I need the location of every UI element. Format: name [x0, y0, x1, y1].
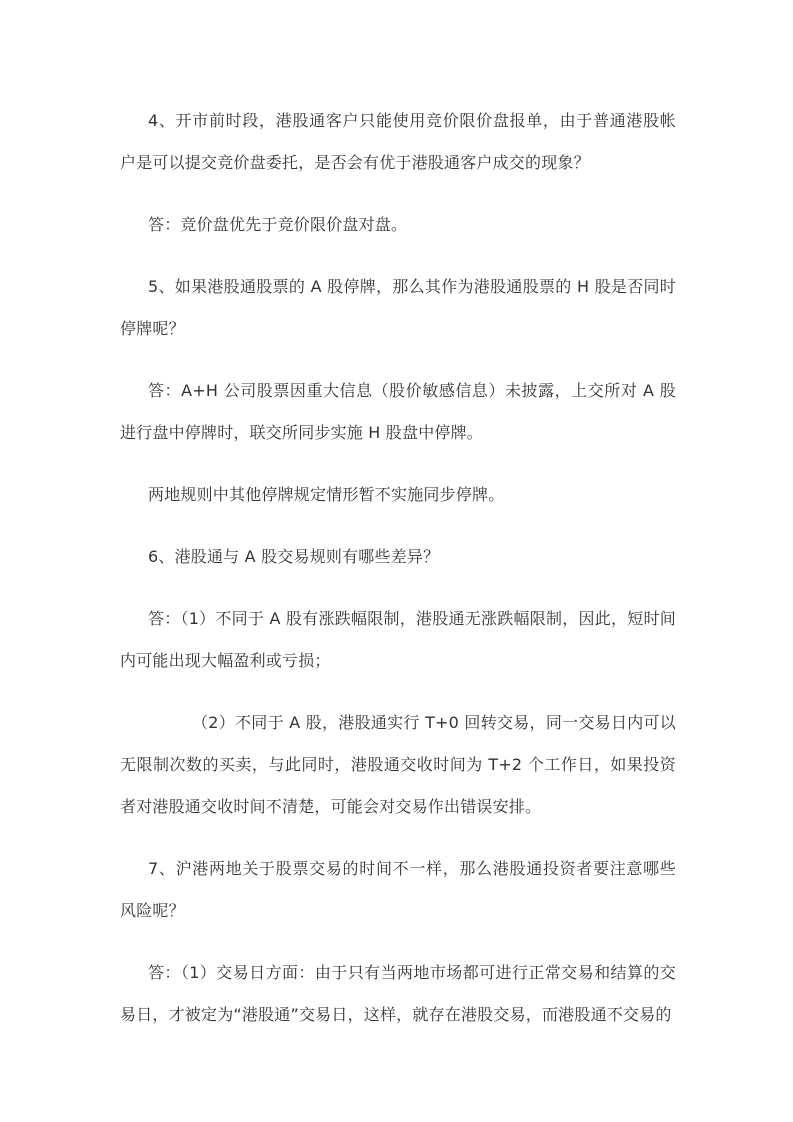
- answer-5: 答：A+H 公司股票因重大信息（股价敏感信息）未披露，上交所对 A 股进行盘中停…: [120, 370, 676, 454]
- answer-5-text: 答：A+H 公司股票因重大信息（股价敏感信息）未披露，上交所对 A 股进行盘中停…: [120, 381, 676, 442]
- answer-6-part-1: 答：（1）不同于 A 股有涨跌幅限制，港股通无涨跌幅限制，因此，短时间内可能出现…: [120, 598, 676, 682]
- answer-5-note-text: 两地规则中其他停牌规定情形暂不实施同步停牌。: [148, 485, 504, 504]
- answer-5-note: 两地规则中其他停牌规定情形暂不实施同步停牌。: [120, 474, 676, 516]
- question-4: 4、开市前时段，港股通客户只能使用竞价限价盘报单，由于普通港股帐户是可以提交竞价…: [120, 100, 676, 184]
- answer-4: 答：竞价盘优先于竞价限价盘对盘。: [120, 204, 676, 246]
- question-5-text: 5、如果港股通股票的 A 股停牌，那么其作为港股通股票的 H 股是否同时停牌呢？: [120, 277, 676, 338]
- question-7: 7、沪港两地关于股票交易的时间不一样，那么港股通投资者要注意哪些风险呢？: [120, 848, 676, 932]
- document-page: 4、开市前时段，港股通客户只能使用竞价限价盘报单，由于普通港股帐户是可以提交竞价…: [120, 100, 676, 1056]
- question-7-text: 7、沪港两地关于股票交易的时间不一样，那么港股通投资者要注意哪些风险呢？: [120, 859, 676, 920]
- answer-4-text: 答：竞价盘优先于竞价限价盘对盘。: [148, 215, 407, 234]
- answer-6-part-2: （2）不同于 A 股，港股通实行 T+0 回转交易，同一交易日内可以无限制次数的…: [120, 702, 676, 828]
- answer-7-part-1-text: 答：（1）交易日方面：由于只有当两地市场都可进行正常交易和结算的交易日，才被定为…: [120, 963, 676, 1024]
- answer-6-part-1-text: 答：（1）不同于 A 股有涨跌幅限制，港股通无涨跌幅限制，因此，短时间内可能出现…: [120, 609, 676, 670]
- question-4-text: 4、开市前时段，港股通客户只能使用竞价限价盘报单，由于普通港股帐户是可以提交竞价…: [120, 111, 676, 172]
- question-6-text: 6、港股通与 A 股交易规则有哪些差异？: [148, 547, 439, 566]
- question-6: 6、港股通与 A 股交易规则有哪些差异？: [120, 536, 676, 578]
- question-5: 5、如果港股通股票的 A 股停牌，那么其作为港股通股票的 H 股是否同时停牌呢？: [120, 266, 676, 350]
- answer-6-part-2-text: （2）不同于 A 股，港股通实行 T+0 回转交易，同一交易日内可以无限制次数的…: [120, 713, 676, 816]
- answer-7-part-1: 答：（1）交易日方面：由于只有当两地市场都可进行正常交易和结算的交易日，才被定为…: [120, 952, 676, 1036]
